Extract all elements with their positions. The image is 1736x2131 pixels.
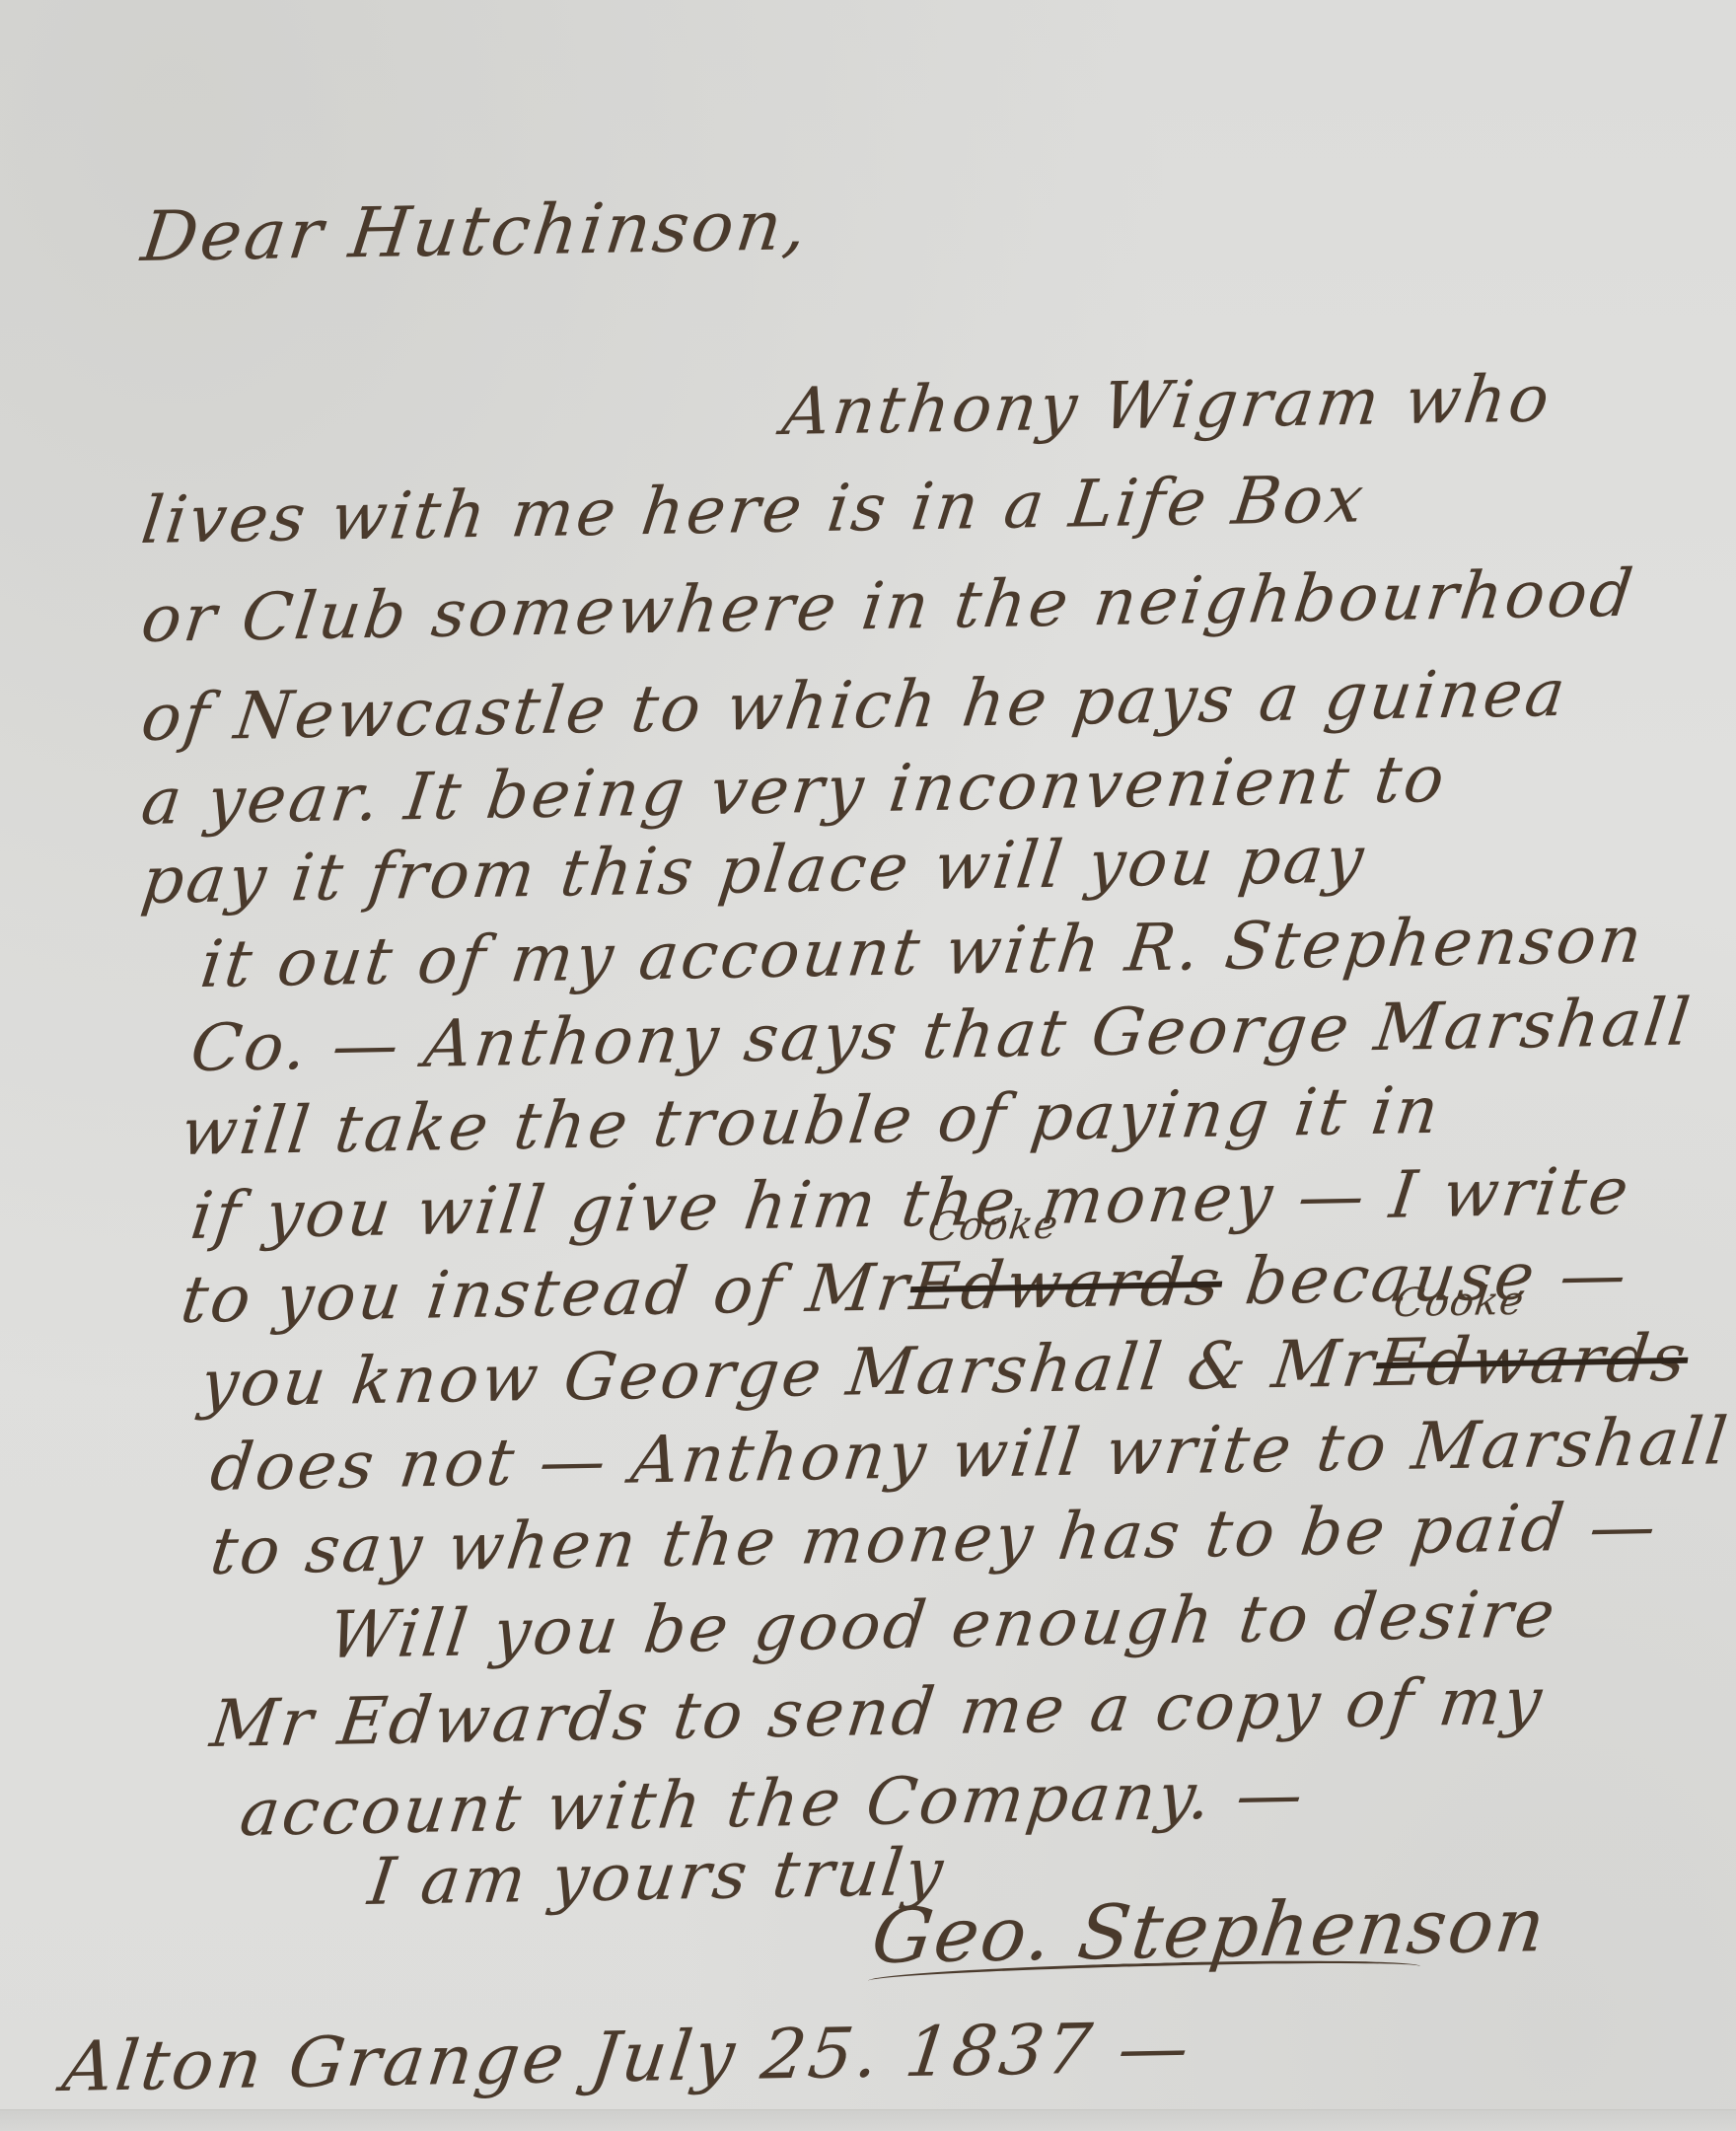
body-line-9: will take the trouble of paying it in: [178, 1078, 1445, 1165]
inserted-word-cooke: Cooke: [925, 1206, 1060, 1247]
line-12-before: you know George Marshall & Mr: [196, 1325, 1381, 1422]
body-line-6: pay it from this place will you pay: [138, 827, 1370, 914]
body-line-1: Anthony Wigram who: [779, 366, 1555, 445]
struck-word-edwards: EdwardsCooke: [906, 1244, 1227, 1325]
struck-word-edwards-2: EdwardsCooke: [1372, 1320, 1693, 1401]
paper-bottom-edge: [0, 2109, 1736, 2131]
salutation: Dear Hutchinson,: [138, 190, 814, 271]
body-line-10: if you will give him the money — I write: [187, 1159, 1634, 1249]
body-line-17: account with the Company. —: [237, 1762, 1309, 1846]
letter-sheet: Dear Hutchinson, Anthony Wigram who live…: [0, 0, 1736, 2131]
line-11-before: to you instead of Mr: [177, 1249, 915, 1338]
body-line-15: Will you be good enough to desire: [325, 1581, 1560, 1668]
body-line-14: to say when the money has to be paid —: [207, 1494, 1662, 1584]
body-line-5: a year. It being very inconvenient to: [138, 747, 1450, 835]
body-line-7: it out of my account with R. Stephenson: [197, 908, 1648, 997]
body-line-16: Mr Edwards to send me a copy of my: [207, 1668, 1548, 1757]
body-line-12: you know George Marshall & MrEdwardsCook…: [197, 1326, 1692, 1417]
inserted-word-cooke-2: Cooke: [1392, 1282, 1527, 1323]
body-line-4: of Newcastle to which he pays a guinea: [138, 661, 1571, 751]
closing: I am yours truly: [365, 1840, 949, 1915]
dateline: Alton Grange July 25. 1837 —: [59, 2013, 1195, 2101]
body-line-13: does not — Anthony will write to Marshal…: [207, 1409, 1733, 1501]
body-line-8: Co. — Anthony says that George Marshall: [187, 991, 1696, 1081]
body-line-3: or Club somewhere in the neighbourhood: [138, 561, 1638, 652]
body-line-2: lives with me here is in a Life Box: [138, 467, 1370, 553]
